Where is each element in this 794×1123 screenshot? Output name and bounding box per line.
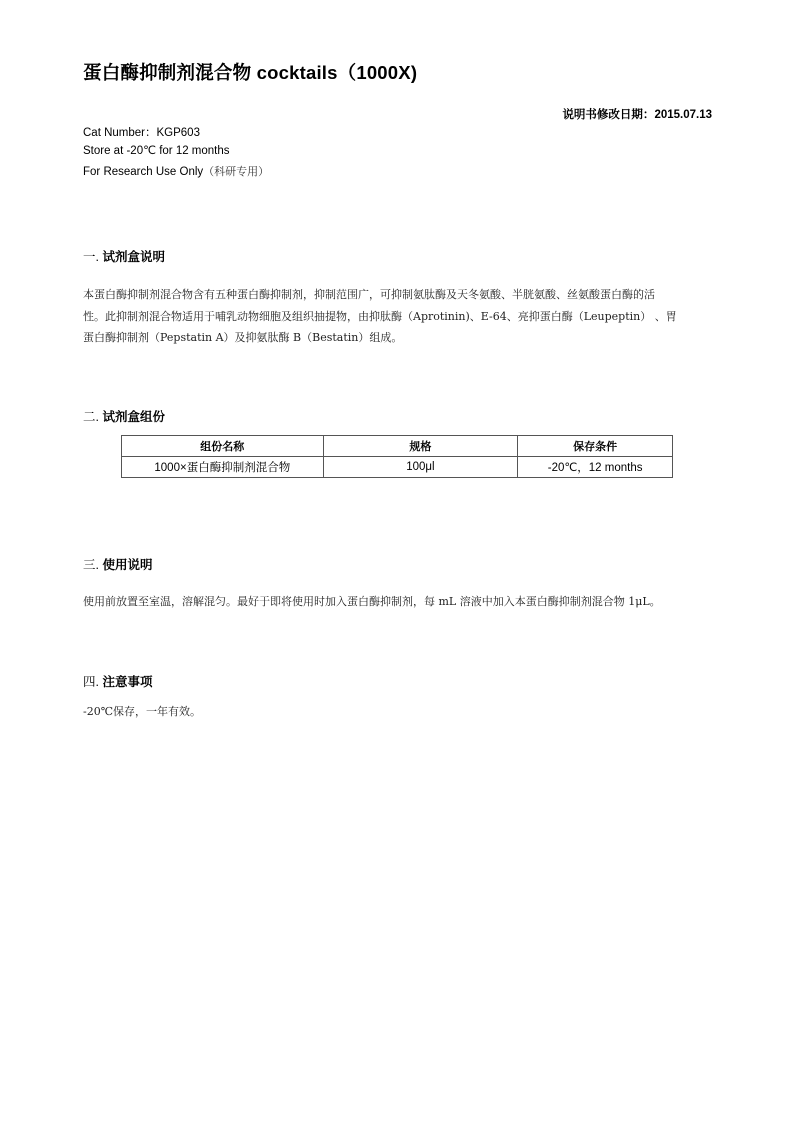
cat-number-value: KGP603 — [157, 127, 200, 139]
cell-storage-conditions: -20℃，12 months — [518, 457, 673, 478]
section-title: 使用说明 — [102, 558, 152, 572]
section-number: 二. — [83, 410, 99, 424]
components-table: 组份名称 规格 保存条件 1000×蛋白酶抑制剂混合物 100μl -20℃，1… — [121, 435, 673, 478]
section-number: 一. — [83, 250, 99, 264]
paragraph-line: -20℃保存，一年有效。 — [83, 701, 713, 723]
cat-number-label: Cat Number： — [83, 127, 157, 139]
kit-description-paragraph: 本蛋白酶抑制剂混合物含有五种蛋白酶抑制剂，抑制范围广，可抑制氨肽酶及天冬氨酸、半… — [83, 284, 713, 349]
research-use-cn: （科研专用） — [203, 165, 269, 178]
section-number: 四. — [83, 675, 99, 689]
section-title: 注意事项 — [102, 675, 152, 689]
cell-component-name: 1000×蛋白酶抑制剂混合物 — [122, 457, 324, 478]
column-header-component-name: 组份名称 — [122, 436, 324, 457]
revision-date: 说明书修改日期：2015.07.13 — [562, 106, 712, 122]
revision-date-value: 2015.07.13 — [654, 109, 712, 121]
section-number: 三. — [83, 558, 99, 572]
section-heading-precautions: 四. 注意事项 — [83, 672, 152, 690]
section-heading-kit-components: 二. 试剂盒组份 — [83, 407, 165, 425]
research-use-en: For Research Use Only — [83, 166, 203, 178]
cell-specification: 100μl — [323, 457, 518, 478]
storage-info: Store at -20℃ for 12 months — [83, 143, 230, 157]
revision-date-label: 说明书修改日期： — [562, 109, 654, 121]
precautions-paragraph: -20℃保存，一年有效。 — [83, 701, 713, 723]
section-heading-kit-description: 一. 试剂盒说明 — [83, 247, 165, 265]
section-title: 试剂盒组份 — [102, 410, 165, 424]
cat-number: Cat Number：KGP603 — [83, 124, 200, 140]
column-header-specification: 规格 — [323, 436, 518, 457]
usage-paragraph: 使用前放置至室温，溶解混匀。最好于即将使用时加入蛋白酶抑制剂，每 mL 溶液中加… — [83, 591, 713, 613]
paragraph-line: 本蛋白酶抑制剂混合物含有五种蛋白酶抑制剂，抑制范围广，可抑制氨肽酶及天冬氨酸、半… — [83, 284, 713, 306]
section-title: 试剂盒说明 — [102, 250, 165, 264]
paragraph-line: 性。此抑制剂混合物适用于哺乳动物细胞及组织抽提物，由抑肽酶（Aprotinin)… — [83, 306, 713, 328]
paragraph-line: 蛋白酶抑制剂（Pepstatin A）及抑氨肽酶 B（Bestatin）组成。 — [83, 327, 713, 349]
document-title: 蛋白酶抑制剂混合物 cocktails（1000X) — [83, 59, 417, 85]
paragraph-line: 使用前放置至室温，溶解混匀。最好于即将使用时加入蛋白酶抑制剂，每 mL 溶液中加… — [83, 591, 713, 613]
column-header-storage-conditions: 保存条件 — [518, 436, 673, 457]
table-row: 1000×蛋白酶抑制剂混合物 100μl -20℃，12 months — [122, 457, 673, 478]
research-use-notice: For Research Use Only（科研专用） — [83, 163, 269, 179]
table-header-row: 组份名称 规格 保存条件 — [122, 436, 673, 457]
section-heading-usage: 三. 使用说明 — [83, 555, 152, 573]
